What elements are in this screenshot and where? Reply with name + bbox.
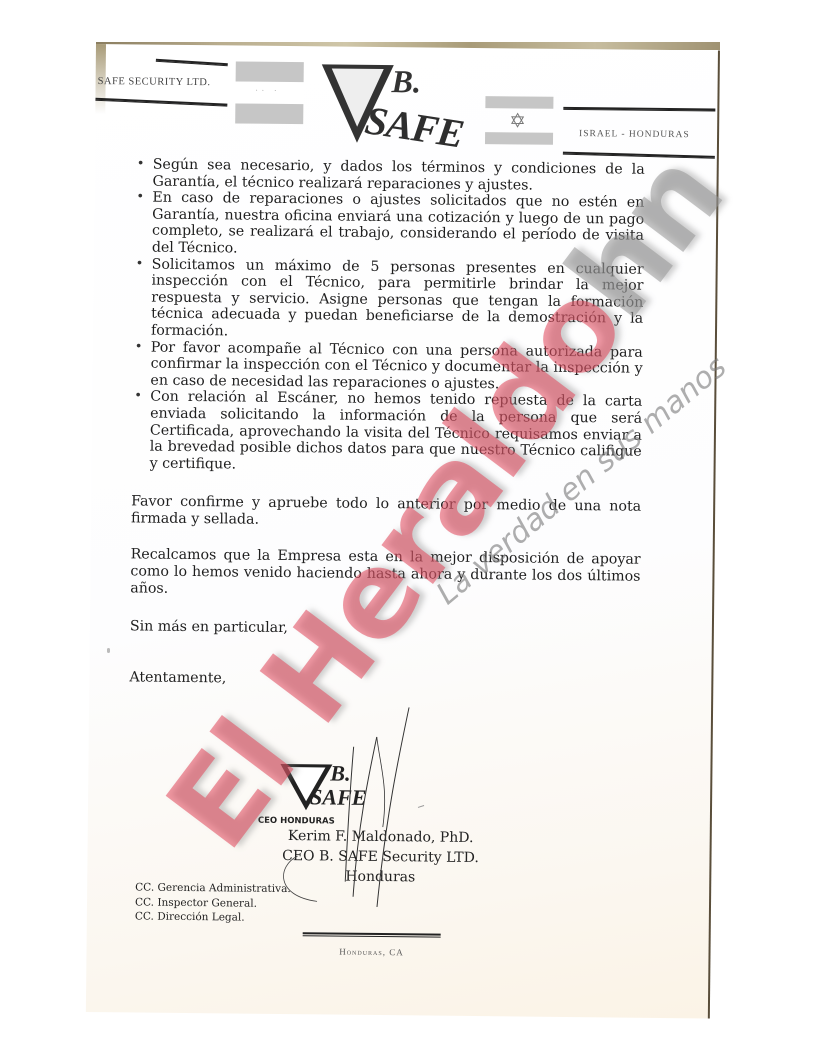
speck [107, 648, 110, 653]
b-safe-logo: B. SAFE [321, 64, 472, 161]
israel-flag-icon: ✡ [485, 96, 553, 145]
header-rule [563, 152, 715, 159]
list-item: Con relación al Escáner, no hemos tenido… [132, 389, 643, 477]
cc-list: CC. Gerencia Administrativa. CC. Inspect… [135, 880, 291, 925]
list-item: En caso de reparaciones o ajustes solici… [134, 190, 645, 262]
header-rule [563, 107, 715, 112]
cc-item: CC. Inspector General. [135, 895, 291, 911]
letter-body: Según sea necesario, y dados los término… [129, 156, 645, 691]
list-item: Por favor acompañe al Técnico con una pe… [132, 339, 642, 394]
footer-rule [303, 932, 441, 937]
closing-line: Sin más en particular, [130, 619, 640, 641]
letter-page: SAFE SECURITY LTD. ·· · B. SAFE ✡ ISRAEL… [86, 44, 720, 1018]
handwritten-signature [257, 706, 459, 908]
conditions-list: Según sea necesario, y dados los término… [132, 156, 645, 477]
header-rule [95, 98, 227, 107]
salutation: Atentamente, [129, 669, 639, 691]
header-countries: ISRAEL - HONDURAS [579, 129, 690, 140]
list-item: Solicitamos un máximo de 5 personas pres… [133, 256, 644, 344]
list-item: Según sea necesario, y dados los término… [134, 156, 644, 195]
honduras-flag-icon: ·· · [235, 61, 304, 124]
confirmation-paragraph: Favor confirme y apruebe todo lo anterio… [131, 494, 641, 533]
cc-item: CC. Dirección Legal. [135, 909, 291, 925]
footer-location: Honduras, CA [302, 946, 440, 957]
header-rule [156, 59, 228, 67]
header-company-name: SAFE SECURITY LTD. [98, 76, 211, 88]
support-paragraph: Recalcamos que la Empresa esta en la mej… [130, 547, 640, 602]
cc-item: CC. Gerencia Administrativa. [135, 880, 291, 896]
